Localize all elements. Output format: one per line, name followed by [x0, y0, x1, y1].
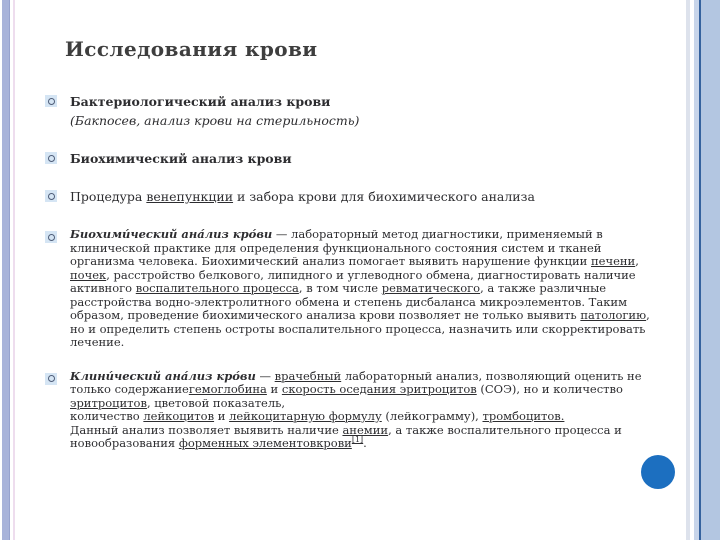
ring-glyph: [48, 193, 55, 200]
text-segment: почек: [70, 268, 106, 282]
text-segment: Бактериологический анализ крови: [70, 94, 330, 109]
text-segment: ревматического: [382, 281, 480, 295]
bullet-text: Биохими́ческий ана́лиз кро́ви — лаборато…: [70, 228, 654, 350]
text-segment: лейкоцитов: [143, 409, 214, 423]
right-edge-stripe-decor: [701, 0, 720, 540]
text-segment: печени: [591, 254, 635, 268]
text-segment: , цветовой показатель,: [147, 396, 285, 410]
text-segment: (Бакпосев, анализ крови на стерильность): [70, 113, 359, 128]
list-item: Клини́ческий ана́лиз кро́ви — врачебный …: [40, 370, 654, 451]
list-item: Биохими́ческий ана́лиз кро́ви — лаборато…: [40, 228, 654, 350]
text-segment: Биохимический анализ крови: [70, 151, 292, 166]
text-segment: [1]: [352, 435, 363, 444]
text-segment: тромбоцитов.: [483, 409, 565, 423]
bullet-text: Клини́ческий ана́лиз кро́ви — врачебный …: [70, 370, 654, 451]
text-segment: воспалительного процесса: [136, 281, 299, 295]
accent-circle-decor: [641, 455, 675, 489]
bullet-list: Бактериологический анализ крови(Бакпосев…: [40, 92, 654, 451]
text-segment: (СОЭ), но и количество: [477, 382, 623, 396]
slide-content: Исследования крови Бактериологический ан…: [40, 36, 654, 451]
list-item: Биохимический анализ крови: [40, 149, 654, 168]
left-stripe-decor: [2, 0, 10, 540]
circle-bullet-icon: [45, 373, 57, 385]
text-segment: форменных элементовкрови: [179, 436, 352, 450]
slide-title: Исследования крови: [65, 36, 654, 62]
text-segment: —: [256, 369, 275, 383]
text-segment: Процедура: [70, 189, 146, 204]
text-segment: количество: [70, 409, 143, 423]
text-segment: , в том числе: [299, 281, 382, 295]
left-thin-stripe-decor: [13, 0, 15, 540]
text-segment: скорость оседания эритроцитов: [282, 382, 477, 396]
ring-glyph: [48, 155, 55, 162]
text-segment: венепункции: [146, 189, 233, 204]
text-segment: Биохими́ческий ана́лиз кро́ви: [70, 227, 272, 241]
circle-bullet-icon: [45, 190, 57, 202]
right-stripe-a-decor: [686, 0, 690, 540]
ring-glyph: [48, 98, 55, 105]
bullet-text: Бактериологический анализ крови(Бакпосев…: [70, 92, 654, 130]
ring-glyph: [48, 234, 55, 241]
bullet-text: Процедура венепункции и забора крови для…: [70, 187, 654, 206]
list-item: Процедура венепункции и забора крови для…: [40, 187, 654, 206]
text-segment: .: [363, 436, 367, 450]
circle-bullet-icon: [45, 152, 57, 164]
text-segment: и: [214, 409, 229, 423]
text-segment: Клини́ческий ана́лиз кро́ви: [70, 369, 256, 383]
text-segment: анемии: [342, 423, 388, 437]
text-segment: врачебный: [275, 369, 342, 383]
text-segment: и забора крови для биохимического анализ…: [233, 189, 535, 204]
text-segment: патологию: [580, 308, 646, 322]
circle-bullet-icon: [45, 231, 57, 243]
circle-bullet-icon: [45, 95, 57, 107]
text-segment: гемоглобина: [189, 382, 267, 396]
text-segment: эритроцитов: [70, 396, 147, 410]
text-segment: Данный анализ позволяет выявить наличие: [70, 423, 342, 437]
text-segment: ,: [635, 254, 639, 268]
ring-glyph: [48, 375, 55, 382]
text-segment: (лейкограмму),: [382, 409, 483, 423]
bullet-text: Биохимический анализ крови: [70, 149, 654, 168]
text-segment: и: [267, 382, 282, 396]
slide-canvas: { "slide": { "title": "Исследования кров…: [0, 0, 720, 540]
list-item: Бактериологический анализ крови(Бакпосев…: [40, 92, 654, 130]
text-segment: лейкоцитарную формулу: [229, 409, 382, 423]
